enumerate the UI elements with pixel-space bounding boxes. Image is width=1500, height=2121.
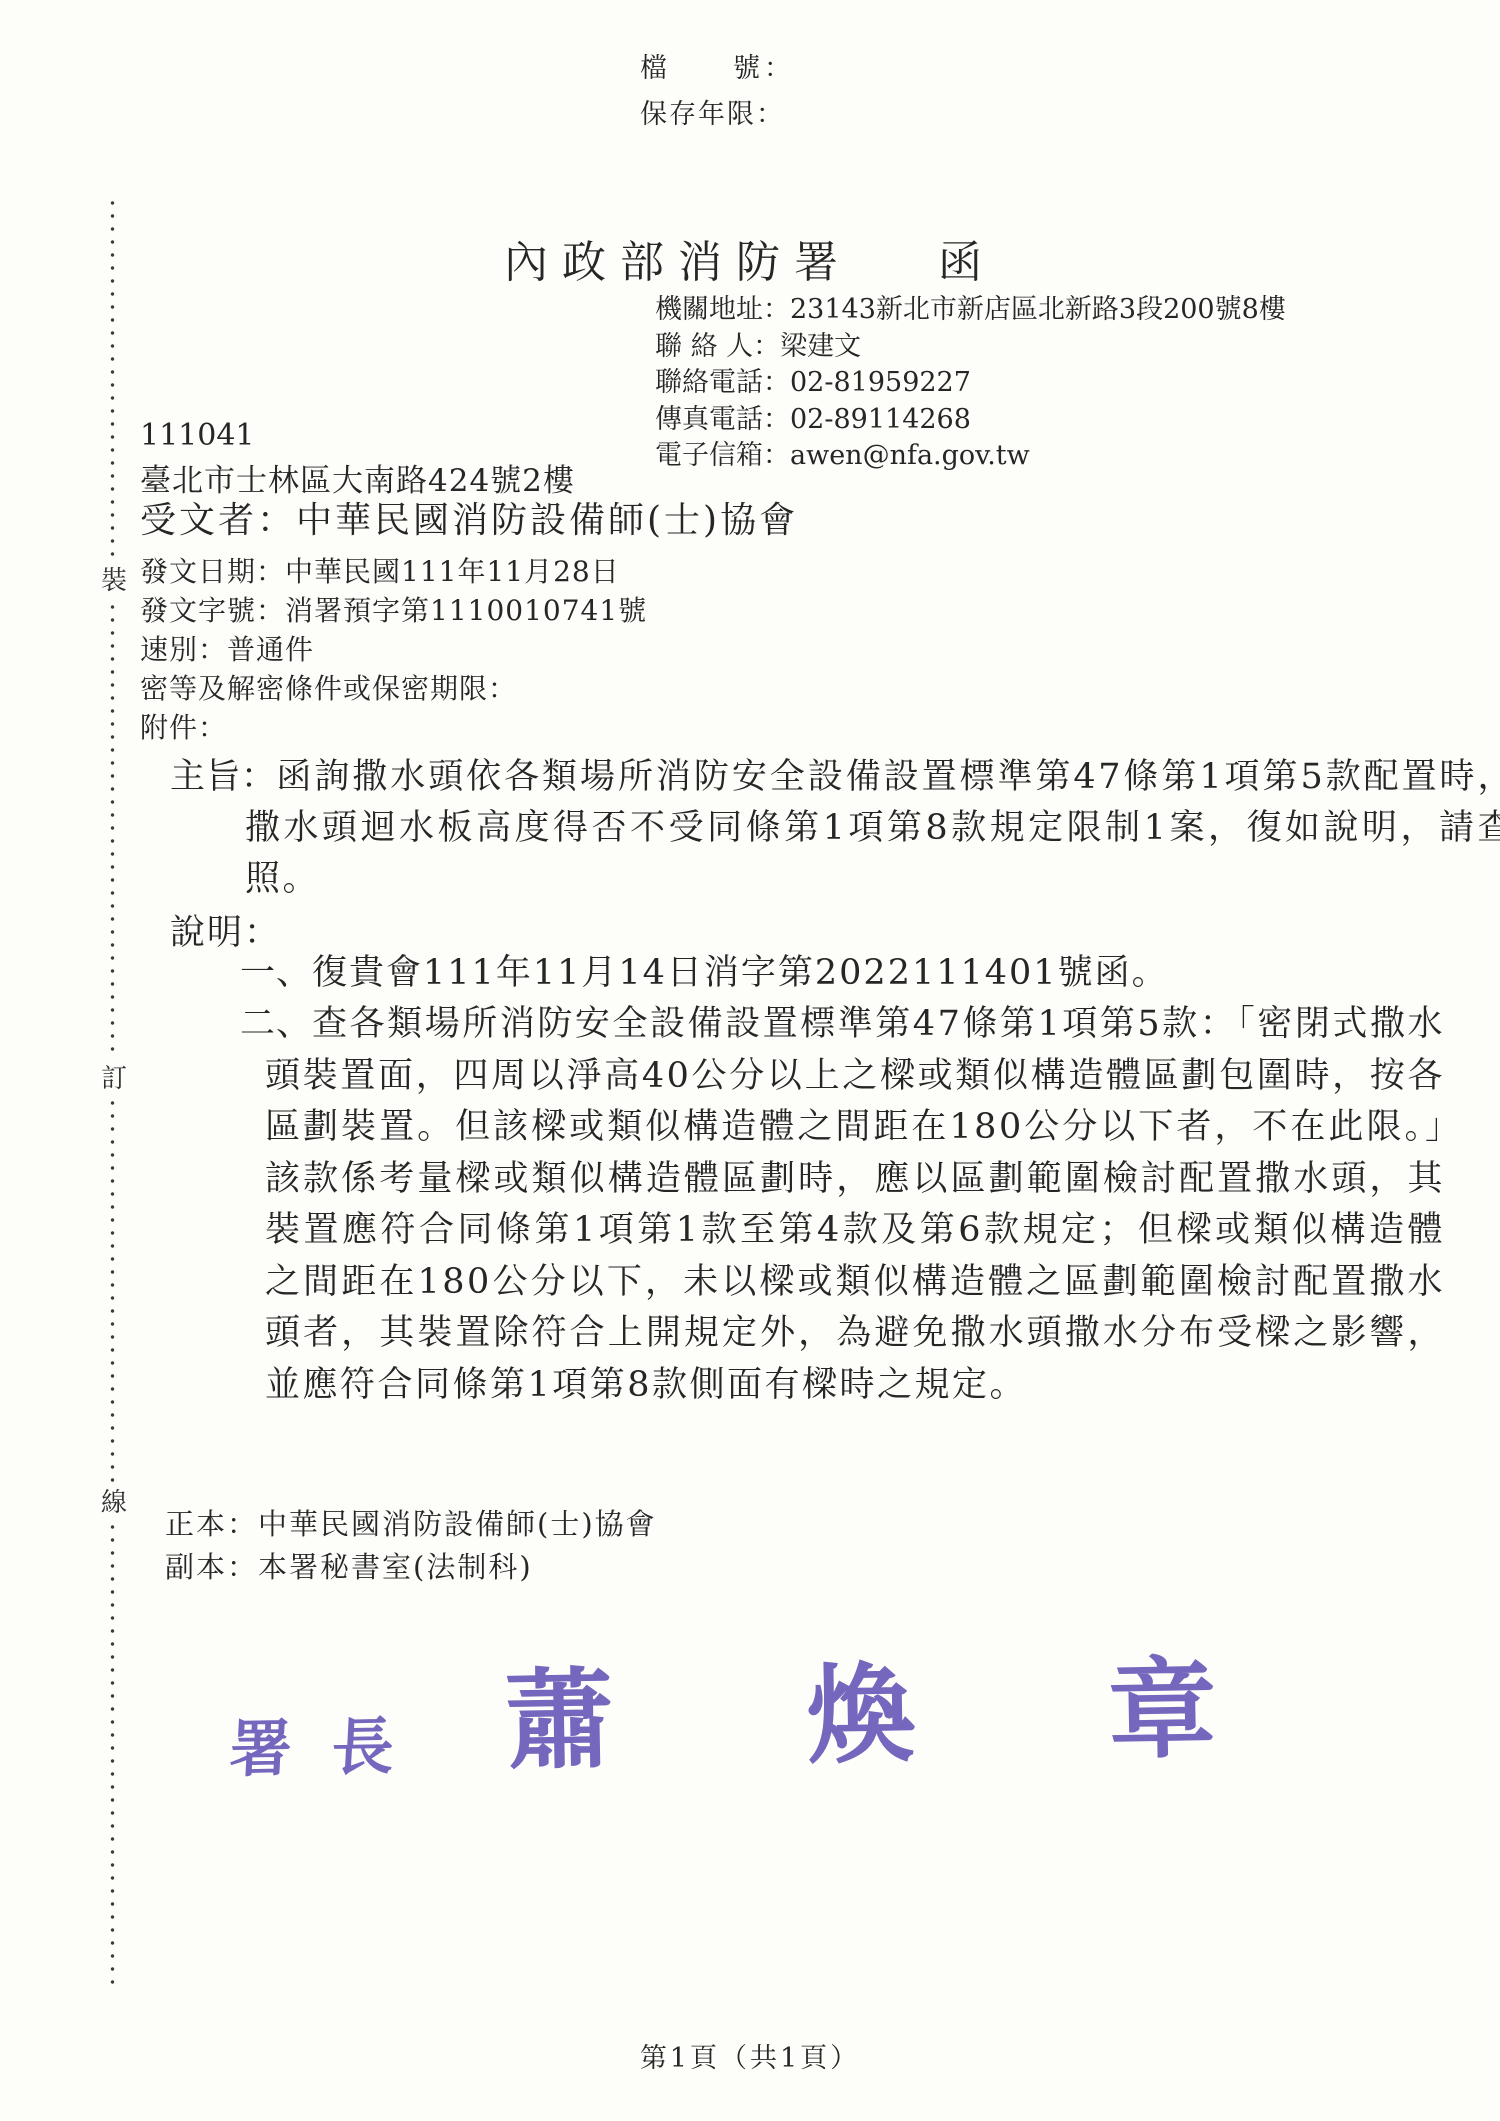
security-class: 密等及解密條件或保密期限： — [140, 669, 647, 708]
original-copy-line: 正本：中華民國消防設備師(士)協會 — [165, 1503, 657, 1546]
binding-dotted-line-bottom — [110, 1524, 115, 1990]
recipient-line: 受文者：中華民國消防設備師(士)協會 — [140, 492, 798, 543]
retention-period-label: 保存年限： — [640, 92, 785, 131]
attachment: 附件： — [140, 708, 647, 747]
issue-date: 發文日期：中華民國111年11月28日 — [140, 552, 647, 591]
sender-contact-block: 機關地址：23143新北市新店區北新路3段200號8樓 聯 絡 人：梁建文 聯絡… — [655, 292, 1286, 475]
item-1-text: 復貴會111年11月14日消字第2022111401號函。 — [312, 953, 1169, 993]
binding-mark-zhuang: 裝 — [96, 560, 132, 597]
sender-fax: 傳真電話：02-89114268 — [655, 402, 1286, 439]
sender-email: 電子信箱：awen@nfa.gov.tw — [655, 438, 1286, 475]
recipient-code: 111041 — [140, 418, 255, 453]
item-1-marker: 一、 — [240, 953, 312, 993]
page-number-footer: 第1頁（共1頁） — [0, 2036, 1500, 2075]
official-letter-page: 檔 號： 保存年限： 裝 訂 線 內政部消防署 函 機關地址：23143新北市新… — [0, 0, 1500, 2121]
signer-title: 署長 — [228, 1696, 437, 1789]
sender-contact-person: 聯 絡 人：梁建文 — [655, 329, 1286, 366]
file-number-label: 檔 號： — [640, 46, 795, 85]
description-item-2: 二、查各類場所消防安全設備設置標準第47條第1項第5款：「密閉式撒水頭裝置面，四… — [265, 999, 1445, 1411]
subject-text: 函詢撒水頭依各類場所消防安全設備設置標準第47條第1項第5款配置時，撒水頭迴水板… — [245, 757, 1500, 899]
signer-name: 蕭 煥 章 — [504, 1621, 1296, 1790]
copies-block: 正本：中華民國消防設備師(士)協會 副本：本署秘書室(法制科) — [165, 1503, 657, 1589]
subject-label: 主旨： — [170, 757, 276, 797]
sender-address: 機關地址：23143新北市新店區北新路3段200號8樓 — [655, 292, 1286, 329]
document-meta-block: 發文日期：中華民國111年11月28日 發文字號：消署預字第1110010741… — [140, 552, 647, 747]
speed-class: 速別：普通件 — [140, 630, 647, 669]
item-2-marker: 二、 — [240, 1004, 312, 1044]
subject-paragraph: 主旨：函詢撒水頭依各類場所消防安全設備設置標準第47條第1項第5款配置時，撒水頭… — [170, 752, 1500, 905]
document-title: 內政部消防署 函 — [0, 226, 1500, 290]
issue-number: 發文字號：消署預字第1110010741號 — [140, 591, 647, 630]
binding-dotted-line-lower-mid — [110, 1100, 115, 1482]
description-item-1: 一、復貴會111年11月14日消字第2022111401號函。 — [240, 948, 1440, 999]
binding-mark-xian: 線 — [96, 1482, 132, 1519]
binding-mark-ding: 訂 — [96, 1058, 132, 1095]
signature-stamp: 署長 蕭 煥 章 — [215, 1628, 1315, 1848]
binding-dotted-line-upper-mid — [110, 604, 115, 1056]
sender-phone: 聯絡電話：02-81959227 — [655, 365, 1286, 402]
item-2-text: 查各類場所消防安全設備設置標準第47條第1項第5款：「密閉式撒水頭裝置面，四周以… — [265, 1004, 1445, 1405]
cc-copy-line: 副本：本署秘書室(法制科) — [165, 1546, 657, 1589]
